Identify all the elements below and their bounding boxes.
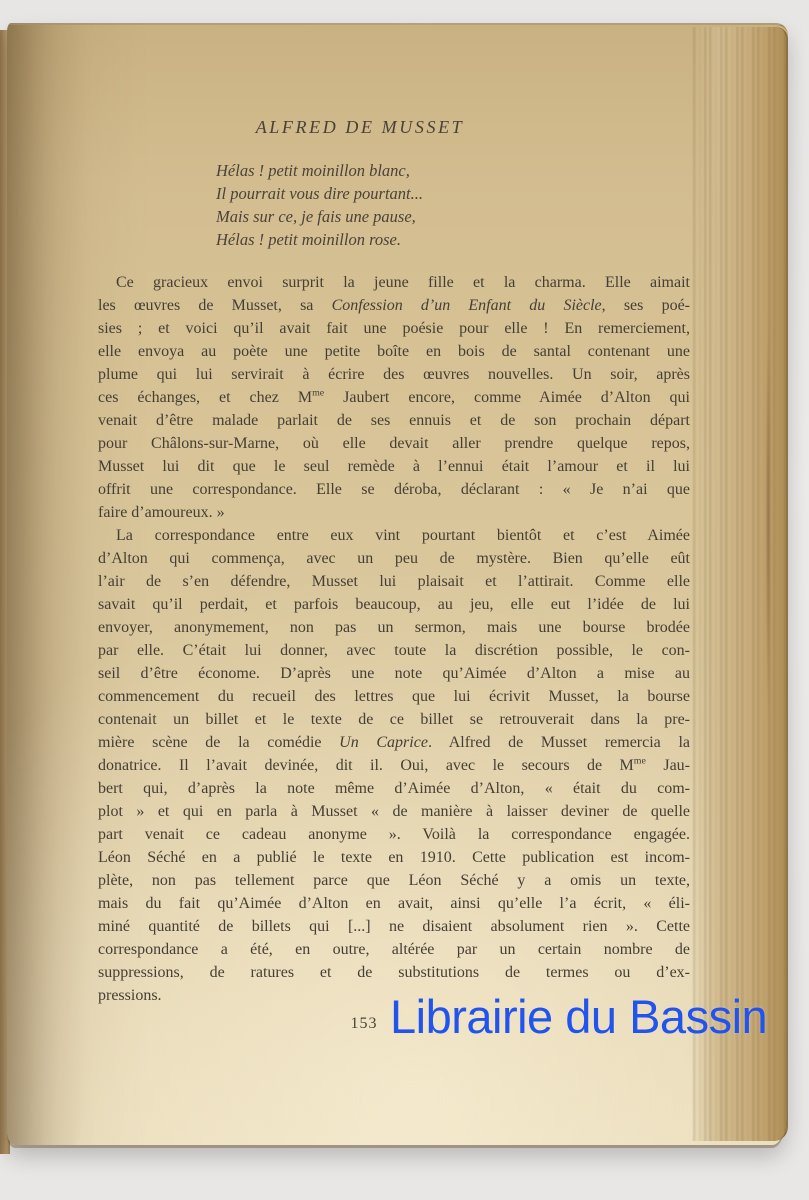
text-line: plète, non pas tellement parce que Léon … <box>98 869 690 892</box>
text-line: bert qui, d’après la note même d’Aimée d… <box>98 777 690 800</box>
text-line: Musset lui dit que le seul remède à l’en… <box>98 455 690 478</box>
running-title: ALFRED DE MUSSET <box>64 117 656 138</box>
text-line: ces échanges, et chez Mme Jaubert encore… <box>98 386 690 409</box>
page-content: ALFRED DE MUSSET Hélas ! petit moinillon… <box>98 25 690 1145</box>
paragraph-2: La correspondance entre eux vint pourtan… <box>98 524 690 1007</box>
text-line: contenait un billet et le texte de ce bi… <box>98 708 690 731</box>
text-line: plot » et qui en parla à Musset « de man… <box>98 800 690 823</box>
text-line: savait qu’il perdait, et parfois beaucou… <box>98 593 690 616</box>
text-line: correspondance a été, en outre, altérée … <box>98 938 690 961</box>
text-line: faire d’amoureux. » <box>98 501 690 524</box>
text-line: part venait ce cadeau anonyme ». Voilà l… <box>98 823 690 846</box>
book-fore-edge-pages <box>692 27 788 1141</box>
text-line: Ce gracieux envoi surprit la jeune fille… <box>98 271 690 294</box>
text-line: mière scène de la comédie Un Caprice. Al… <box>98 731 690 754</box>
text-line: Mais sur ce, je fais une pause, <box>216 205 423 228</box>
watermark: Librairie du Bassin <box>390 992 767 1041</box>
text-line: Il pourrait vous dire pourtant... <box>216 182 423 205</box>
text-line: commencement du recueil des lettres que … <box>98 685 690 708</box>
text-line: les œuvres de Musset, sa Confession d’un… <box>98 294 690 317</box>
paragraph-1: Ce gracieux envoi surprit la jeune fille… <box>98 271 690 524</box>
book-gutter-shadow <box>7 25 87 1145</box>
text-line: La correspondance entre eux vint pourtan… <box>98 524 690 547</box>
text-line: suppressions, de ratures et de substitut… <box>98 961 690 984</box>
text-line: Hélas ! petit moinillon rose. <box>216 228 423 251</box>
text-line: miné quantité de billets qui [...] ne di… <box>98 915 690 938</box>
text-line: Hélas ! petit moinillon blanc, <box>216 159 423 182</box>
text-line: seil d’être économe. D’après une note qu… <box>98 662 690 685</box>
text-line: envoyer, anonymement, non pas un sermon,… <box>98 616 690 639</box>
text-line: l’air de s’en défendre, Musset lui plais… <box>98 570 690 593</box>
text-line: pour Châlons-sur-Marne, où elle devait a… <box>98 432 690 455</box>
photo-background: ALFRED DE MUSSET Hélas ! petit moinillon… <box>0 0 809 1200</box>
text-line: donatrice. Il l’avait devinée, dit il. O… <box>98 754 690 777</box>
text-line: sies ; et voici qu’il avait fait une poé… <box>98 317 690 340</box>
book-page: ALFRED DE MUSSET Hélas ! petit moinillon… <box>7 23 788 1145</box>
text-line: Léon Séché en a publié le texte en 1910.… <box>98 846 690 869</box>
poem-verse: Hélas ! petit moinillon blanc,Il pourrai… <box>216 159 423 251</box>
text-line: plume qui lui servirait à écrire des œuv… <box>98 363 690 386</box>
text-line: offrit une correspondance. Elle se dérob… <box>98 478 690 501</box>
text-line: mais du fait qu’Aimée d’Alton en avait, … <box>98 892 690 915</box>
text-line: par elle. C’était lui donner, avec toute… <box>98 639 690 662</box>
text-line: venait d’être malade parlait de ses ennu… <box>98 409 690 432</box>
text-line: elle envoya au poète une petite boîte en… <box>98 340 690 363</box>
text-line: d’Alton qui commença, avec un peu de mys… <box>98 547 690 570</box>
